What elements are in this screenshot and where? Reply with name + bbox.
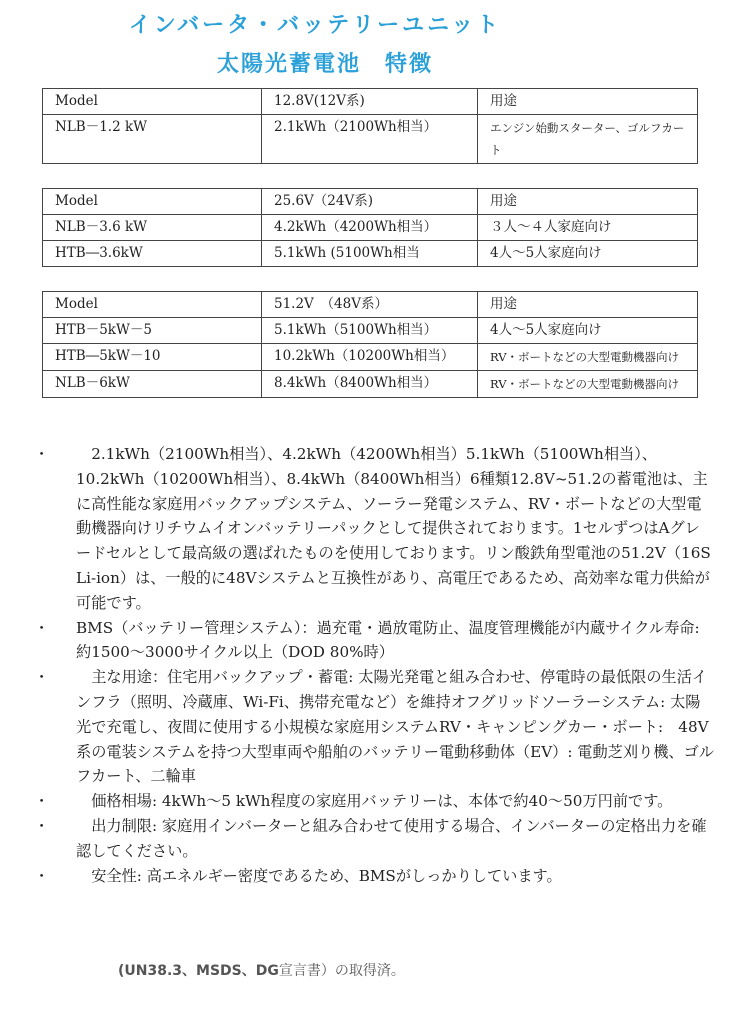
table-header-row: Model 12.8V(12V系) 用途 <box>43 89 698 115</box>
list-item-text: 出力制限: 家庭用インバーターと組み合わせて使用する場合、インバーターの定格出力… <box>76 814 714 864</box>
capacity-cell: 2.1kWh（2100Wh相当） <box>262 115 478 164</box>
bullet-marker: ・ <box>34 442 48 467</box>
list-item-overview: ・ 2.1kWh（2100Wh相当）、4.2kWh（4200Wh相当）5.1kW… <box>34 442 714 616</box>
header-cell: Model <box>43 292 262 318</box>
bullet-marker: ・ <box>34 814 48 839</box>
list-item-text: 主な用途：住宅用バックアップ・蓄電: 太陽光発電と組み合わせ、停電時の最低限の生… <box>76 665 714 789</box>
table-header-row: Model 51.2V （48V系） 用途 <box>43 292 698 318</box>
list-item-safety: ・ 安全性: 高エネルギー密度であるため、BMSがしっかりしています。 <box>34 864 714 889</box>
feature-list: ・ 2.1kWh（2100Wh相当）、4.2kWh（4200Wh相当）5.1kW… <box>34 442 714 888</box>
header-cell: 用途 <box>478 89 698 115</box>
list-item-text: 価格相場: 4kWh～5 kWh程度の家庭用バッテリーは、本体で約40～50万円… <box>76 789 714 814</box>
capacity-cell: 8.4kWh（8400Wh相当） <box>262 371 478 398</box>
table-row: NLB－3.6 kW 4.2kWh（4200Wh相当） ３人～４人家庭向け <box>43 215 698 241</box>
model-cell: HTB―5kW－10 <box>43 344 262 371</box>
usage-cell: 4人～5人家庭向け <box>478 241 698 267</box>
capacity-cell: 5.1kWh (5100Wh相当 <box>262 241 478 267</box>
bullet-marker: ・ <box>34 789 48 814</box>
header-cell: 用途 <box>478 292 698 318</box>
usage-cell: RV・ボートなどの大型電動機器向け <box>478 344 698 371</box>
certifications-note: (UN38.3、MSDS、DG宣言書）の取得済。 <box>118 960 405 980</box>
header-cell: 12.8V(12V系) <box>262 89 478 115</box>
model-cell: HTB―3.6kW <box>43 241 262 267</box>
usage-cell: 4人～5人家庭向け <box>478 318 698 344</box>
bullet-marker: ・ <box>34 864 48 889</box>
usage-cell: RV・ボートなどの大型電動機器向け <box>478 371 698 398</box>
table-row: HTB―3.6kW 5.1kWh (5100Wh相当 4人～5人家庭向け <box>43 241 698 267</box>
spec-table-12v: Model 12.8V(12V系) 用途 NLB－1.2 kW 2.1kWh（2… <box>42 88 698 164</box>
spec-table-48v: Model 51.2V （48V系） 用途 HTB－5kW－5 5.1kWh（5… <box>42 291 698 398</box>
header-cell: Model <box>43 189 262 215</box>
model-cell: HTB－5kW－5 <box>43 318 262 344</box>
capacity-cell: 4.2kWh（4200Wh相当） <box>262 215 478 241</box>
model-cell: NLB－1.2 kW <box>43 115 262 164</box>
certifications-list: (UN38.3、MSDS、DG <box>118 963 279 979</box>
bullet-marker: ・ <box>34 665 48 690</box>
list-item-bms: ・ BMS（バッテリー管理システム）：過充電・過放電防止、温度管理機能が内蔵サイ… <box>34 616 714 666</box>
capacity-cell: 5.1kWh（5100Wh相当） <box>262 318 478 344</box>
header-cell: Model <box>43 89 262 115</box>
header-cell: 25.6V（24V系) <box>262 189 478 215</box>
model-cell: NLB－3.6 kW <box>43 215 262 241</box>
spec-table-24v: Model 25.6V（24V系) 用途 NLB－3.6 kW 4.2kWh（4… <box>42 188 698 267</box>
capacity-cell: 10.2kWh（10200Wh相当） <box>262 344 478 371</box>
model-cell: NLB－6kW <box>43 371 262 398</box>
list-item-text: BMS（バッテリー管理システム）：過充電・過放電防止、温度管理機能が内蔵サイクル… <box>76 616 714 666</box>
list-item-output-limit: ・ 出力制限: 家庭用インバーターと組み合わせて使用する場合、インバーターの定格… <box>34 814 714 864</box>
table-row: NLB－1.2 kW 2.1kWh（2100Wh相当） エンジン始動スターター、… <box>43 115 698 164</box>
certifications-suffix: 宣言書）の取得済。 <box>279 963 405 979</box>
bullet-marker: ・ <box>34 616 48 641</box>
header-cell: 51.2V （48V系） <box>262 292 478 318</box>
table-row: HTB―5kW－10 10.2kWh（10200Wh相当） RV・ボートなどの大… <box>43 344 698 371</box>
table-row: NLB－6kW 8.4kWh（8400Wh相当） RV・ボートなどの大型電動機器… <box>43 371 698 398</box>
usage-cell: エンジン始動スターター、ゴルフカート <box>478 115 698 164</box>
table-header-row: Model 25.6V（24V系) 用途 <box>43 189 698 215</box>
usage-cell: ３人～４人家庭向け <box>478 215 698 241</box>
list-item-usage: ・ 主な用途：住宅用バックアップ・蓄電: 太陽光発電と組み合わせ、停電時の最低限… <box>34 665 714 789</box>
table-row: HTB－5kW－5 5.1kWh（5100Wh相当） 4人～5人家庭向け <box>43 318 698 344</box>
page-subtitle: 太陽光蓄電池 特徴 <box>0 47 650 78</box>
header-cell: 用途 <box>478 189 698 215</box>
list-item-text: 安全性: 高エネルギー密度であるため、BMSがしっかりしています。 <box>76 864 714 889</box>
list-item-price: ・ 価格相場: 4kWh～5 kWh程度の家庭用バッテリーは、本体で約40～50… <box>34 789 714 814</box>
page-title: インバータ・バッテリーユニット <box>0 8 630 39</box>
list-item-text: 2.1kWh（2100Wh相当）、4.2kWh（4200Wh相当）5.1kWh（… <box>76 442 714 616</box>
